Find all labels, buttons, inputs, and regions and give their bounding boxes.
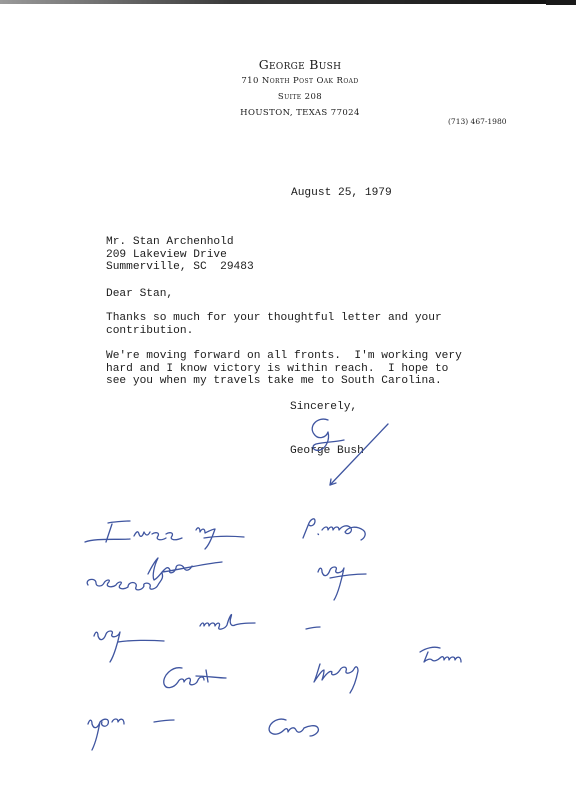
body-paragraph-2: We're moving forward on all fronts. I'm …: [106, 350, 462, 388]
signer-name: George Bush: [290, 445, 364, 458]
closing: Sincerely,: [290, 401, 357, 414]
letter-date: August 25, 1979: [291, 187, 392, 200]
scan-edge-corner: [546, 0, 576, 5]
letterhead-phone: (713) 467-1980: [448, 117, 507, 126]
salutation: Dear Stan,: [106, 288, 173, 301]
recipient-name: Mr. Stan Archenhold: [106, 236, 254, 249]
letterhead-suite: Suite 208: [200, 89, 400, 105]
letterhead: George Bush 710 North Post Oak Road Suit…: [200, 57, 400, 121]
letterhead-city: HOUSTON, TEXAS 77024: [200, 105, 400, 121]
letterhead-street: 710 North Post Oak Road: [200, 73, 400, 89]
recipient-address: Mr. Stan Archenhold209 Lakeview DriveSum…: [106, 236, 254, 274]
letterhead-name: George Bush: [200, 57, 400, 73]
recipient-street: 209 Lakeview Drive: [106, 249, 254, 262]
body-paragraph-1: Thanks so much for your thoughtful lette…: [106, 312, 442, 337]
recipient-city: Summerville, SC 29483: [106, 261, 254, 274]
